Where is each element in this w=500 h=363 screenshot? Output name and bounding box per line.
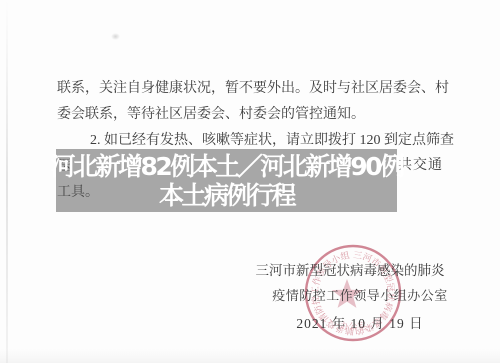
signature-date: 2021 年 10 月 19 日 xyxy=(275,312,445,332)
headline-overlay: 河北新增82例本土／河北新增90例 本土病例行程 xyxy=(56,149,397,212)
headline-line-1: 河北新增82例本土／河北新增90例 xyxy=(50,152,402,181)
scan-edge-artifact xyxy=(6,0,8,363)
signature-office-line-1: 三河市新型冠状病毒感染的肺炎 xyxy=(250,259,450,279)
body-line-2: 委会联系，等待社区居委会、村委会的管控通知。 xyxy=(57,106,365,123)
obscured-line-right-fragment: 共交通 xyxy=(398,157,443,174)
body-line-1: 联系，关注自身健康状况，暂不要外出。及时与社区居委会、村 xyxy=(57,80,449,97)
body-line-3: 2. 如已经有发热、咳嗽等症状，请立即拨打 120 到定点筛查 xyxy=(90,132,454,149)
photo-artifact xyxy=(111,33,120,40)
signature-office-line-2: 疫情防控工作领导小组办公室 xyxy=(263,285,457,304)
headline-line-2: 本土病例行程 xyxy=(159,181,294,210)
notice-photo: 联系，关注自身健康状况，暂不要外出。及时与社区居委会、村 委会联系，等待社区居委… xyxy=(0,0,500,363)
photo-shadow-artifact xyxy=(0,349,500,363)
